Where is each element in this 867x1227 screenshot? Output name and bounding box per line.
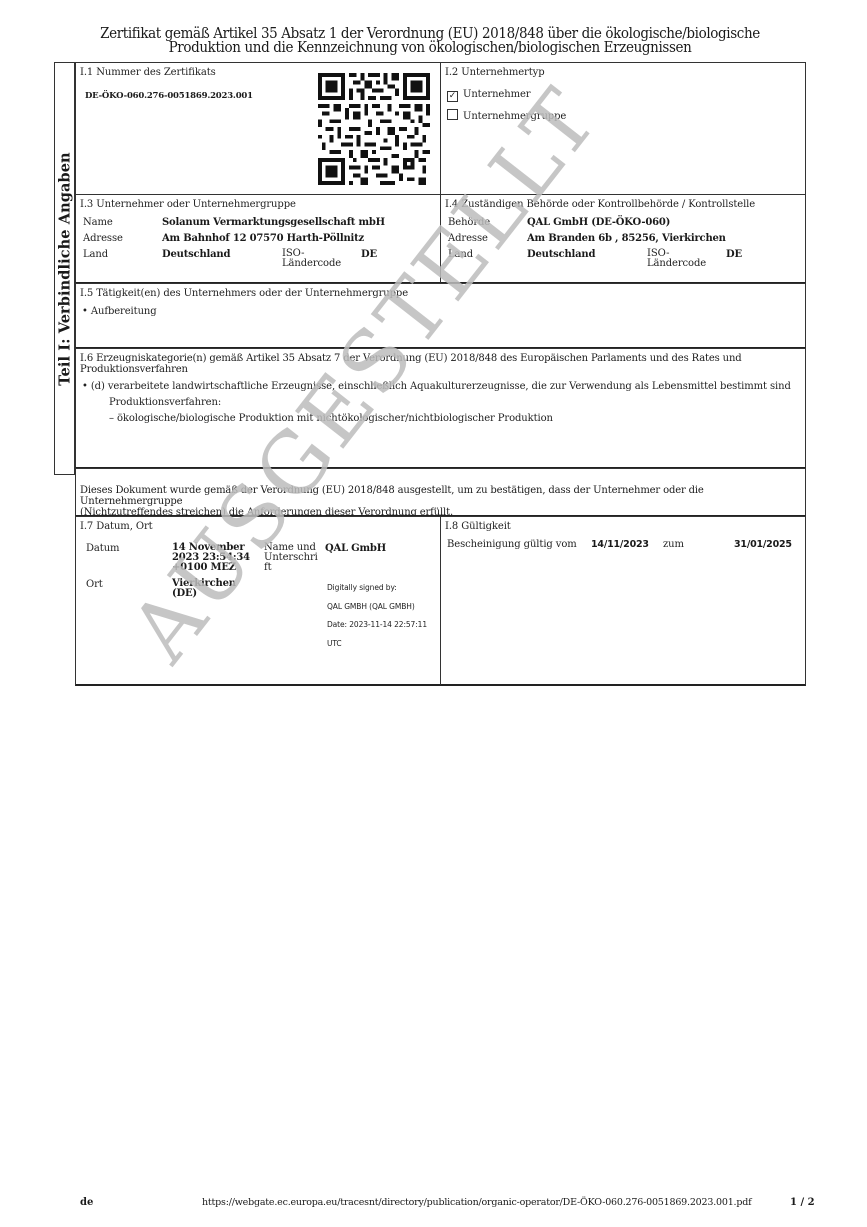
signer-name: QAL GmbH [325, 543, 386, 554]
iso-label: ISO- Ländercode [282, 249, 341, 269]
i8-heading: I.8 Gültigkeit [445, 521, 511, 532]
activity-item: • Aufbereitung [82, 306, 157, 317]
i1-heading: I.1 Nummer des Zertifikats [80, 67, 216, 78]
part-one-label: Teil I: Verbindliche Angaben [56, 152, 73, 385]
page-number: 1 / 2 [790, 1197, 815, 1208]
digital-signature-line-1: Digitally signed by: [327, 583, 397, 592]
section-i5-activities: I.5 Tätigkeit(en) des Unternehmers oder … [75, 283, 806, 349]
i7-heading: I.7 Datum, Ort [80, 521, 153, 532]
title-line-2: Produktion und die Kennzeichnung von öko… [86, 41, 774, 55]
country-label: Land [83, 249, 108, 260]
section-i7-date-place: I.7 Datum, Ort Datum 14 November 2023 23… [75, 516, 441, 686]
valid-from-date: 14/11/2023 [591, 539, 649, 550]
checkbox-empty-icon[interactable] [447, 109, 458, 120]
i6-heading-line-2: Produktionsverfahren [80, 364, 188, 375]
digital-signature-line-2: QAL GMBH (QAL GMBH) [327, 602, 415, 611]
declaration-line-1: Dieses Dokument wurde gemäß der Verordnu… [80, 485, 704, 507]
digital-signature[interactable]: Digitally signed by: QAL GMBH (QAL GMBH)… [327, 579, 427, 653]
document-title: Zertifikat gemäß Artikel 35 Absatz 1 der… [86, 27, 774, 55]
declaration-section: Dieses Dokument wurde gemäß der Verordnu… [75, 468, 806, 517]
authority-country: Deutschland [527, 249, 595, 260]
section-i4-authority: I.4 Zuständigen Behörde oder Kontrollbeh… [440, 194, 806, 284]
signature-label-line-2: Unterschri [264, 552, 318, 563]
operator-address: Am Bahnhof 12 07570 Harth-Pöllnitz [162, 233, 364, 244]
operator-iso: DE [361, 249, 377, 260]
digital-signature-line-3: Date: 2023-11-14 22:57:11 [327, 620, 427, 629]
i5-heading: I.5 Tätigkeit(en) des Unternehmers oder … [80, 288, 408, 299]
i6-heading-line-1: I.6 Erzeugniskategorie(n) gemäß Artikel … [80, 353, 741, 364]
section-i8-validity: I.8 Gültigkeit Bescheinigung gültig vom … [440, 516, 806, 686]
i6-heading: I.6 Erzeugniskategorie(n) gemäß Artikel … [80, 353, 741, 375]
declaration-text: Dieses Dokument wurde gemäß der Verordnu… [80, 485, 805, 518]
checkbox-checked-icon[interactable]: ✓ [447, 91, 458, 102]
authority-name: QAL GmbH (DE-ÖKO-060) [527, 217, 670, 228]
i2-heading: I.2 Unternehmertyp [445, 67, 545, 78]
issue-place: Vierkirchen (DE) [172, 579, 236, 599]
option-unternehmergruppe[interactable]: Unternehmergruppe [447, 109, 566, 122]
issue-date: 14 November 2023 23:54:34 +0100 MEZ [172, 543, 250, 573]
authority-label: Behörde [448, 217, 490, 228]
section-i3-operator: I.3 Unternehmer oder Unternehmergruppe N… [75, 194, 441, 284]
address-label: Adresse [83, 233, 123, 244]
operator-country: Deutschland [162, 249, 230, 260]
date-label: Datum [86, 543, 119, 554]
valid-from-label: Bescheinigung gültig vom [447, 539, 577, 550]
iso-label-line-2: Ländercode [647, 258, 706, 269]
option-unternehmer[interactable]: ✓Unternehmer [447, 89, 530, 102]
section-i2-operator-type: I.2 Unternehmertyp ✓Unternehmer Unterneh… [440, 62, 806, 195]
product-category: • (d) verarbeitete landwirtschaftliche E… [82, 381, 791, 392]
production-method-label: Produktionsverfahren: [109, 397, 221, 408]
issue-place-line-2: (DE) [172, 588, 197, 599]
option-label: Unternehmergruppe [463, 111, 566, 122]
footer-url[interactable]: https://webgate.ec.europa.eu/tracesnt/di… [202, 1197, 751, 1208]
authority-iso: DE [726, 249, 742, 260]
address-label: Adresse [448, 233, 488, 244]
i3-heading: I.3 Unternehmer oder Unternehmergruppe [80, 199, 296, 210]
footer-language: de [80, 1197, 93, 1208]
digital-signature-line-4: UTC [327, 639, 342, 648]
section-i6-product-categories: I.6 Erzeugniskategorie(n) gemäß Artikel … [75, 348, 806, 469]
signature-label-line-3: ft [264, 562, 272, 573]
iso-label-line-2: Ländercode [282, 258, 341, 269]
signature-label: Name und Unterschri ft [264, 543, 318, 573]
valid-to-date: 31/01/2025 [734, 539, 792, 550]
place-label: Ort [86, 579, 103, 590]
i4-heading: I.4 Zuständigen Behörde oder Kontrollbeh… [445, 199, 755, 210]
country-label: Land [448, 249, 473, 260]
production-method: – ökologische/biologische Produktion mit… [109, 413, 553, 424]
name-label: Name [83, 217, 113, 228]
qr-code-icon [318, 73, 430, 185]
certificate-number: DE-ÖKO-060.276-0051869.2023.001 [85, 91, 253, 101]
valid-to-label: zum [663, 539, 684, 550]
part-one-side-panel: Teil I: Verbindliche Angaben [54, 62, 75, 475]
authority-address: Am Branden 6b , 85256, Vierkirchen [527, 233, 726, 244]
option-label: Unternehmer [463, 89, 530, 100]
operator-name: Solanum Vermarktungsgesellschaft mbH [162, 217, 385, 228]
iso-label: ISO- Ländercode [647, 249, 706, 269]
issue-date-line-3: +0100 MEZ [172, 562, 236, 573]
